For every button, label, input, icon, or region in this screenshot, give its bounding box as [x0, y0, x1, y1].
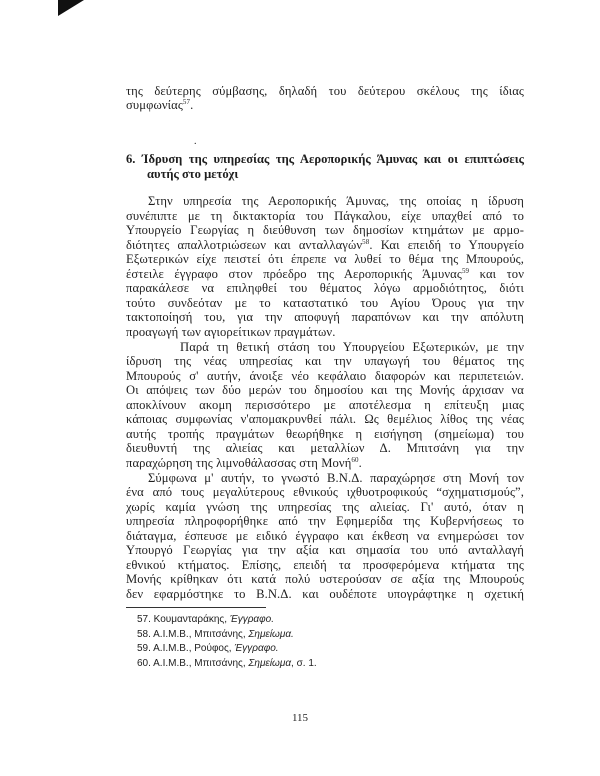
section-heading-cont: αυτής στο μετόχι [147, 167, 238, 181]
paragraph-line: έστειλε έγγραφο στον πρόεδρο της Αεροπορ… [126, 267, 524, 281]
paragraph-line: χωρίς καμία γνώση της υπηρεσίας της αλιε… [126, 500, 524, 514]
paragraph-line: ένα από τους μεγαλύτερους εθνικούς ιχθυο… [126, 485, 524, 499]
paragraph-line: Μπουρούς σ' αυτήν, άνοιξε νέο κεφάλαιο δ… [126, 369, 524, 383]
scan-corner-mark [58, 0, 84, 16]
paragraph-line: κάποιας συμφωνίας ν'απομακρυνθεί πάλι. Ω… [126, 412, 524, 426]
paragraph-line: τακτοποίησή του, για την αποφυγή παραπόν… [126, 310, 524, 324]
footnote: 57. Κουμανταράκης, Έγγραφο. [137, 614, 274, 626]
paragraph-line: συνέπιπτε με τη δικτακτορία του Πάγκαλου… [126, 209, 524, 223]
paragraph-line: ίδρυση της νέας υπηρεσίας και την υπαγωγ… [126, 354, 524, 368]
paragraph-line: Οι απόψεις των δύο μερών του δημοσίου κα… [126, 383, 524, 397]
paragraph-line: Εξωτερικών είχε πειστεί ότι έπρεπε να λυ… [126, 252, 524, 266]
paragraph-line: Σύμφωνα μ' αυτήν, το γνωστό Β.Ν.Δ. παραχ… [148, 471, 524, 485]
paragraph-line: Μονής κρίθηκαν ότι κατά πολύ υστερούσαν … [126, 572, 524, 586]
footnote: 59. Α.Ι.Μ.Β., Ρούφος, Έγγραφο. [137, 643, 279, 655]
section-heading: 6. Ίδρυση της υπηρεσίας της Αεροπορικής … [126, 152, 524, 166]
page-number: 115 [0, 712, 600, 724]
paragraph-line: Υπουργείο Γεωργίας η διεύθυνση των δημοσ… [126, 223, 524, 237]
paragraph-line: Παρά τη θετική στάση του Υπουργείου Εξωτ… [180, 340, 524, 354]
paragraph-line: εθνικού κτήματος. Επίσης, επειδή τα προσ… [126, 558, 524, 572]
paragraph-line: παραχώρηση της λιμνοθάλασσας στη Μονή60. [126, 456, 524, 470]
paragraph-line: υπηρεσία πληροφορήθηκε από την Εφημερίδα… [126, 514, 524, 528]
paragraph-line: διάταγμα, έσπευσε με ειδικό έγγραφο και … [126, 529, 524, 543]
footnote-rule [126, 607, 266, 608]
footnote-ref[interactable]: 58 [362, 238, 369, 246]
paragraph-line: τούτο συνδεόταν με το καταστατικό του Αγ… [126, 296, 524, 310]
paragraph-line: δεν εφαρμόστηκε το Β.Ν.Δ. και ουδέποτε υ… [126, 587, 524, 601]
paragraph-line: παρακάλεσε να επιληφθεί του θέματος λόγω… [126, 281, 524, 295]
paragraph-line: αυτής τροπής πραγμάτων θεωρήθηκε η εισήγ… [126, 427, 524, 441]
footnote-ref[interactable]: 60 [351, 456, 358, 464]
footnote-ref[interactable]: 59 [462, 267, 469, 275]
paragraph-line: διότητες απαλλοτριώσεων και ανταλλαγών58… [126, 238, 524, 252]
paragraph-line: αποκλίνουν ακομη περισσότερο με αποτέλεσ… [126, 398, 524, 412]
intro-line: συμφωνίας57. [126, 98, 524, 112]
stray-dot: . [194, 136, 197, 147]
footnote: 60. Α.Ι.Μ.Β., Μπιτσάνης, Σημείωμα, σ. 1. [137, 658, 317, 670]
paragraph-line: Στην υπηρεσία της Αεροπορικής Άμυνας, τη… [148, 194, 524, 208]
intro-line: της δεύτερης σύμβασης, δηλαδή του δεύτερ… [126, 84, 524, 98]
footnote: 58. Α.Ι.Μ.Β., Μπιτσάνης, Σημείωμα. [137, 629, 294, 641]
paragraph-line: προαγωγή των αγιορείτικων πραγμάτων. [126, 325, 524, 339]
paragraph-line: διευθυντή της αλιείας και μεταλλίων Δ. Μ… [126, 441, 524, 455]
paragraph-line: Υπουργό Γεωργίας για την αξία και σημασί… [126, 543, 524, 557]
